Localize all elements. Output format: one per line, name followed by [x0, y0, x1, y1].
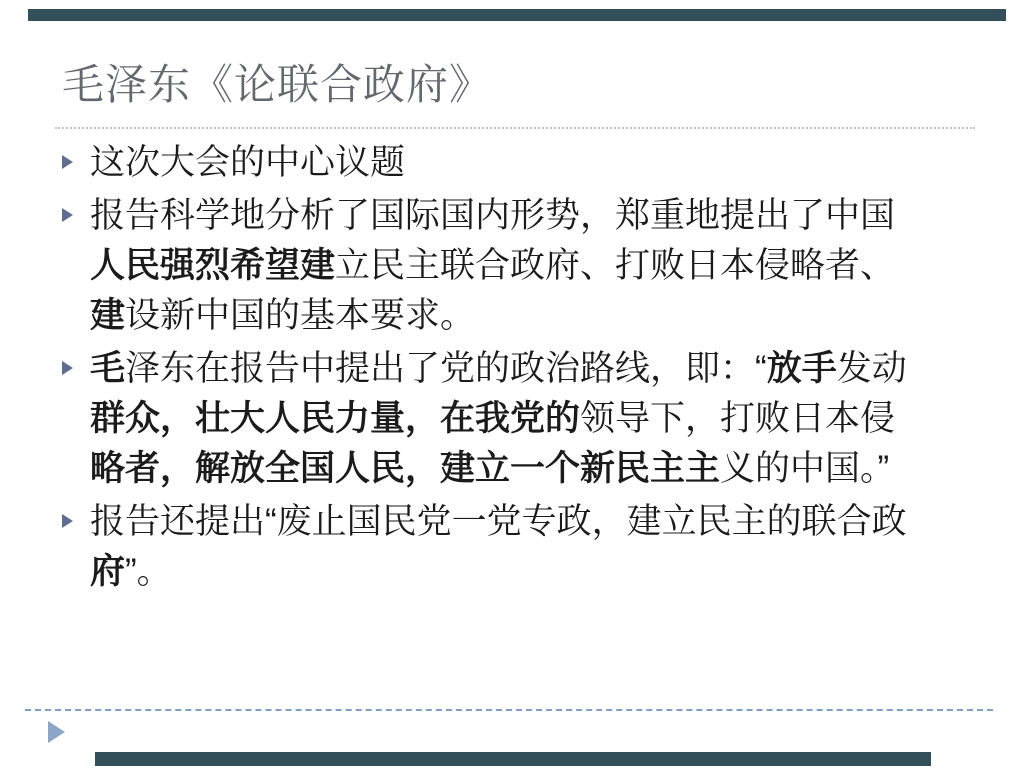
- bullet-item: 这次大会的中心议题: [62, 138, 977, 188]
- text-segment: 义的中国。”: [720, 449, 889, 488]
- slide-title: 毛泽东《论联合政府》: [62, 60, 962, 112]
- text-segment: ”。: [125, 552, 172, 591]
- text-segment: 群众，壮大人民力量，在我党的: [90, 399, 580, 438]
- top-accent-bar: [28, 9, 1006, 21]
- bottom-accent-bar: [95, 752, 931, 766]
- text-segment: 略者，解放全国人民，建立一个新民主主: [90, 449, 720, 488]
- text-segment: 泽东在报告中提出了党的政治路线，即：“: [125, 349, 767, 388]
- title-separator: [55, 127, 975, 129]
- text-segment: 人民强烈希望建: [90, 246, 335, 285]
- bullet-marker-icon: [62, 514, 73, 528]
- text-segment: 设新中国的基本要求。: [125, 296, 475, 335]
- text-segment: 报告还提出“废止国民党一党专政，建立民主的联合政: [90, 502, 907, 541]
- text-segment: 建: [90, 296, 125, 335]
- bullet-text-line: 建设新中国的基本要求。: [90, 291, 977, 341]
- bullet-text-line: 府”。: [90, 547, 977, 597]
- bullet-item: 毛泽东在报告中提出了党的政治路线，即：“放手发动群众，壮大人民力量，在我党的领导…: [62, 344, 977, 494]
- slide: 毛泽东《论联合政府》 这次大会的中心议题报告科学地分析了国际国内形势，郑重地提出…: [0, 0, 1024, 768]
- bullet-text-line: 这次大会的中心议题: [90, 138, 977, 188]
- text-segment: 领导下，打败日本侵: [580, 399, 895, 438]
- text-segment: 报告科学地分析了国际国内形势，郑重地提出了中国: [90, 196, 895, 235]
- next-arrow-icon: [48, 721, 65, 743]
- bullet-marker-icon: [62, 208, 73, 222]
- footer-separator: [25, 709, 993, 711]
- text-segment: 立民主联合政府、打败日本侵略者、: [335, 246, 895, 285]
- text-segment: 府: [90, 552, 125, 591]
- bullet-list: 这次大会的中心议题报告科学地分析了国际国内形势，郑重地提出了中国人民强烈希望建立…: [62, 138, 977, 600]
- bullet-text-line: 毛泽东在报告中提出了党的政治路线，即：“放手发动: [90, 344, 977, 394]
- bullet-text-line: 人民强烈希望建立民主联合政府、打败日本侵略者、: [90, 241, 977, 291]
- bullet-text-line: 报告科学地分析了国际国内形势，郑重地提出了中国: [90, 191, 977, 241]
- bullet-text-line: 报告还提出“废止国民党一党专政，建立民主的联合政: [90, 497, 977, 547]
- bullet-text-line: 略者，解放全国人民，建立一个新民主主义的中国。”: [90, 444, 977, 494]
- bullet-text-line: 群众，壮大人民力量，在我党的领导下，打败日本侵: [90, 394, 977, 444]
- text-segment: 发动: [837, 349, 907, 388]
- bullet-item: 报告科学地分析了国际国内形势，郑重地提出了中国人民强烈希望建立民主联合政府、打败…: [62, 191, 977, 341]
- text-segment: 放手: [767, 349, 837, 388]
- bullet-marker-icon: [62, 155, 73, 169]
- bullet-item: 报告还提出“废止国民党一党专政，建立民主的联合政府”。: [62, 497, 977, 597]
- text-segment: 毛: [90, 349, 125, 388]
- text-segment: 这次大会的中心议题: [90, 143, 405, 182]
- bullet-marker-icon: [62, 361, 73, 375]
